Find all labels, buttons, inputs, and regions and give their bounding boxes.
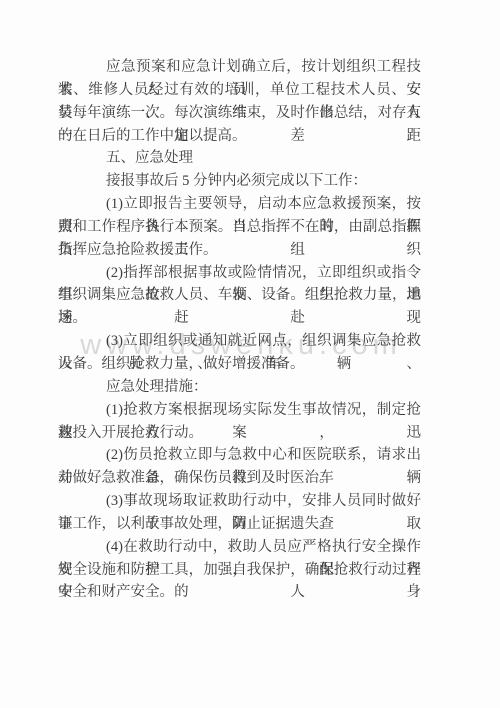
text-line: 安全设施和防护工具，加强自我保护，确保抢救行动过程中的人身 [58, 559, 421, 582]
section-heading: 五、应急处理 [58, 147, 421, 170]
text-line: 员每年演练一次。每次演练结束，及时作出总结，对存有一定差距 [58, 102, 421, 125]
text-line: 应急预案和应急计划确立后，按计划组织工程技术人员、安 [58, 56, 421, 79]
text-line: (1)抢救方案根据现场实际发生事故情况，制定抢救方案，迅 [58, 399, 421, 422]
text-line: (1)立即报告主要领导，启动本应急救援预案，按照各自的职 [58, 193, 421, 216]
text-line: (4)在救助行动中，救助人员应严格执行安全操作规程，配齐 [58, 536, 421, 559]
text-line: (3)立即组织或通知就近网点，组织调集应急抢救人员、车辆、 [58, 330, 421, 353]
text-line: 责和工作程序执行本预案。当总指挥不在时，由副总指挥负责组织 [58, 216, 421, 239]
text-line: (2)伤员抢救立即与急救中心和医院联系，请求出动急救车辆 [58, 444, 421, 467]
text-line: 组织调集应急抢救人员、车辆、设备。组织抢救力量，迅速赶赴现 [58, 284, 421, 307]
text-block: 应急预案和应急计划确立后，按计划组织工程技术人员、安 装、维修人员经过有效的培训… [58, 56, 421, 604]
document-page: www.dswenku.com 应急预案和应急计划确立后，按计划组织工程技术人员… [0, 0, 500, 708]
text-line: 接报事故后 5 分钟内必须完成以下工作： [58, 170, 421, 193]
text-line: 应急处理措施： [58, 376, 421, 399]
text-line: (2)指挥部根据事故或险情情况，立即组织或指令事故发生地 [58, 262, 421, 285]
text-line: 装、维修人员经过有效的培训，单位工程技术人员、安装、维修人 [58, 79, 421, 102]
text-line: (3)事故现场取证救助行动中，安排人员同时做好事故调查取 [58, 490, 421, 513]
